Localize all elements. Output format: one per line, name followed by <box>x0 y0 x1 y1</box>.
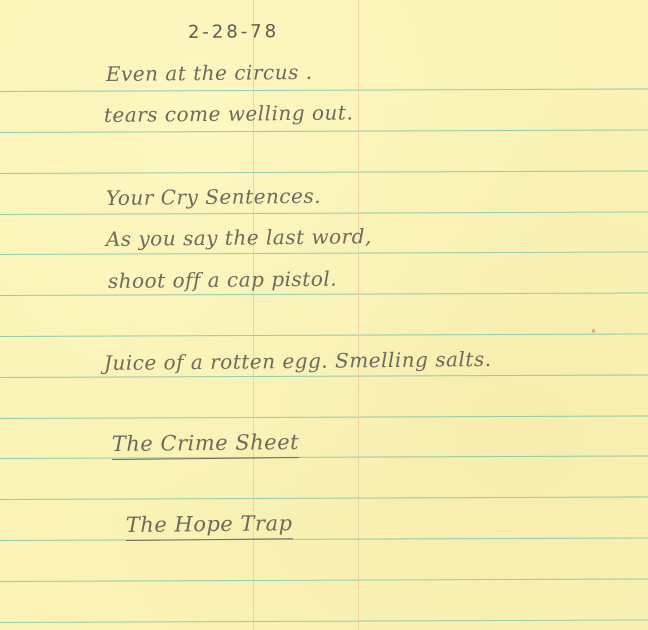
ruled-line <box>0 416 648 420</box>
ruled-line <box>0 375 648 379</box>
paper-speck <box>592 329 595 333</box>
title-crime-sheet: The Crime Sheet <box>112 430 299 460</box>
ruled-line <box>0 579 648 583</box>
ruled-line <box>0 171 648 175</box>
ruled-line <box>0 212 648 216</box>
ruled-line <box>0 130 648 134</box>
note-line-5: shoot off a cap pistol. <box>108 267 337 293</box>
ruled-line <box>0 620 648 624</box>
note-line-1: Even at the circus . <box>106 60 313 86</box>
note-line-4: As you say the last word, <box>106 224 372 251</box>
note-line-6: Juice of a rotten egg. Smelling salts. <box>104 347 492 375</box>
ruled-line <box>0 497 648 501</box>
legal-paper-sheet: 2-28-78 Even at the circus . tears come … <box>0 0 648 630</box>
ruled-line <box>0 456 648 460</box>
ruled-line <box>0 293 648 297</box>
note-date: 2-28-78 <box>188 21 279 43</box>
note-line-2: tears come welling out. <box>104 100 354 127</box>
ruled-line <box>0 252 648 256</box>
note-line-3: Your Cry Sentences. <box>106 184 321 210</box>
ruled-line <box>0 538 648 542</box>
title-hope-trap: The Hope Trap <box>126 511 293 541</box>
ruled-line <box>0 89 648 93</box>
ruled-line <box>0 334 648 338</box>
margin-line <box>358 0 359 630</box>
